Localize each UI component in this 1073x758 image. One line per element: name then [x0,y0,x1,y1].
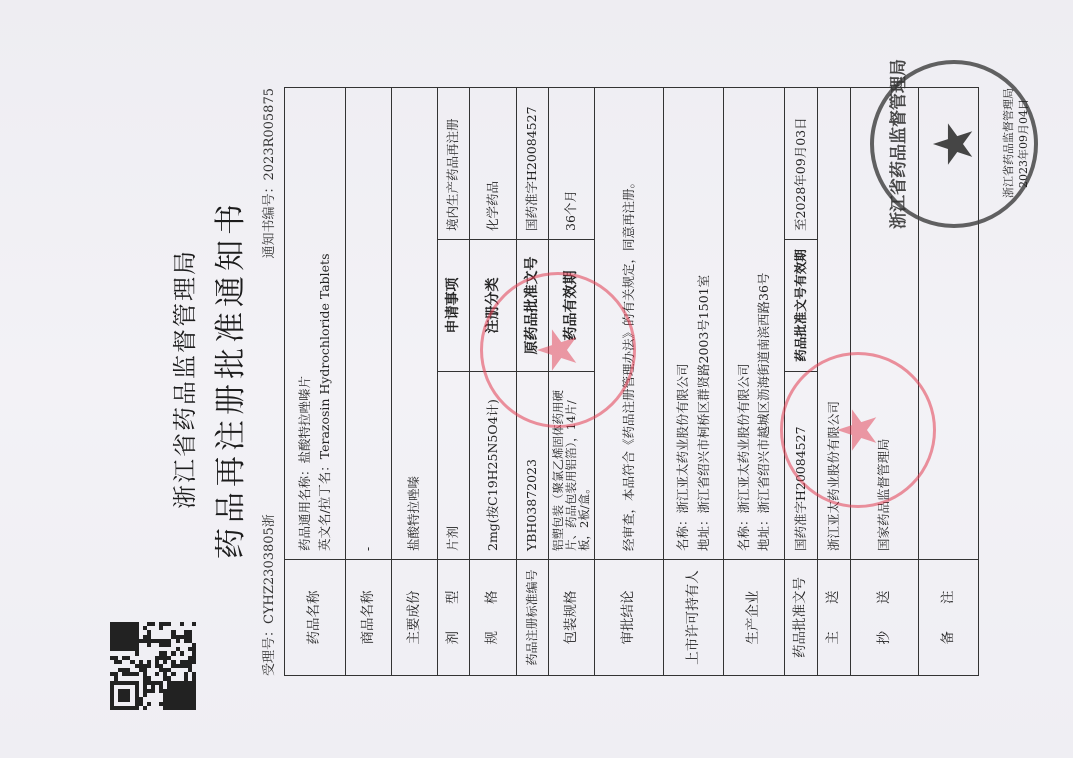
label-main-ingredient: 主要成份 [392,560,438,676]
value-mah: 名称：浙江亚太药业股份有限公司 地址：浙江省绍兴市柯桥区群贤路2003号1501… [664,87,724,559]
label-approval-no: 药品批准文号 [785,560,818,676]
value-application-item: 境内生产药品再注册 [438,87,470,239]
official-seal-date: 2023年09月04日 [1015,99,1031,188]
official-seal-agency: 浙江省药品监督管理局 [1000,88,1016,198]
label-conclusion: 审批结论 [595,560,664,676]
value-main-ingredient: 盐酸特拉唑嗪 [392,87,438,559]
label-dosage-form: 剂 型 [438,560,470,676]
label-manufacturer: 生产企业 [724,560,785,676]
document-title: 药品再注册批准通知书 [205,0,250,758]
issuing-agency: 浙江省药品监督管理局 [165,0,200,758]
value-dosage-form: 片剂 [438,372,470,560]
value-registration-class: 化学药品 [470,87,517,239]
star-icon: ★ [831,406,885,454]
label-mah: 上市许可持有人 [664,560,724,676]
value-drug-name: 药品通用名称：盐酸特拉唑嗪片 英文名/拉丁名：Terazosin Hydroch… [285,87,346,559]
label-approval-validity: 药品批准文号有效期 [785,240,818,372]
label-packaging: 包装规格 [549,560,595,676]
value-manufacturer: 名称：浙江亚太药业股份有限公司 地址：浙江省绍兴市越城区沥海街道南滨西路36号 [724,87,785,559]
value-trade-name: - [346,87,392,559]
row-mah: 上市许可持有人 名称：浙江亚太药业股份有限公司 地址：浙江省绍兴市柯桥区群贤路2… [664,87,724,675]
label-trade-name: 商品名称 [346,560,392,676]
star-icon: ★ [531,326,585,374]
company-seal-stamp-2: ★ [780,352,936,508]
notice-number: 通知书编号：2023R005875 [258,88,277,259]
value-shelf-life: 36个月 [549,87,595,239]
acceptance-number: 受理号：CYHZ2303805浙 [258,514,277,676]
row-main-ingredient: 主要成份 盐酸特拉唑嗪 [392,87,438,675]
value-approval-validity: 至2028年09月03日 [785,87,818,239]
label-application-item: 申请事项 [438,240,470,372]
label-drug-name: 药品名称 [285,560,346,676]
document-page: 浙江省药品监督管理局 药品再注册批准通知书 受理号：CYHZ2303805浙 通… [0,0,1073,758]
row-dosage-form: 剂 型 片剂 申请事项 境内生产药品再注册 [438,87,470,675]
label-remarks: 备 注 [919,560,979,676]
row-trade-name: 商品名称 - [346,87,392,675]
star-icon: ★ [927,120,981,168]
row-manufacturer: 生产企业 名称：浙江亚太药业股份有限公司 地址：浙江省绍兴市越城区沥海街道南滨西… [724,87,785,675]
label-specification: 规 格 [470,560,517,676]
label-cc: 抄 送 [851,560,919,676]
label-standard-no: 药品注册标准编号 [517,560,549,676]
row-drug-name: 药品名称 药品通用名称：盐酸特拉唑嗪片 英文名/拉丁名：Terazosin Hy… [285,87,346,675]
value-original-approval-no: 国药准字H20084527 [517,87,549,239]
company-seal-stamp: ★ [480,272,636,428]
label-send-to: 主 送 [818,560,851,676]
